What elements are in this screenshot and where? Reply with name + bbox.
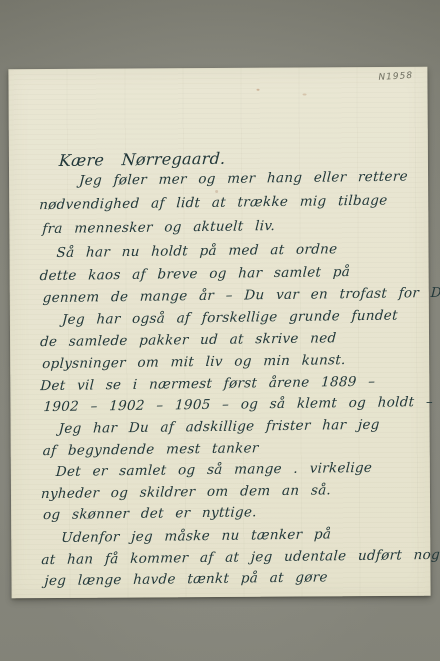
handwritten-line: oplysninger om mit liv og min kunst.: [42, 352, 346, 372]
foxing-spot: [257, 89, 260, 91]
handwritten-line: nyheder og skildrer om dem an så.: [41, 482, 332, 502]
handwritten-line: dette kaos af breve og har samlet på: [39, 264, 350, 284]
handwritten-line: at han få kommer af at jeg udentale udfø…: [41, 547, 440, 568]
handwritten-line: de samlede pakker ud at skrive ned: [40, 330, 337, 350]
handwritten-line: nødvendighed af lidt at trække mig tilba…: [39, 193, 388, 214]
handwritten-line: Jeg har også af forskellige grunde funde…: [61, 308, 398, 328]
handwritten-line: Det er samlet og så mange . virkelige: [55, 460, 372, 480]
handwritten-line: gennem de mange år – Du var en trofast f…: [42, 285, 440, 306]
handwritten-line: Jeg har Du af adskillige frister har jeg: [58, 417, 380, 437]
salutation: Kære Nørregaard.: [58, 149, 226, 170]
handwritten-line: og skønner det er nyttige.: [43, 504, 258, 523]
foxing-spot: [303, 93, 307, 95]
handwritten-line: jeg længe havde tænkt på at gøre: [44, 569, 328, 589]
handwritten-line: 1902 – 1902 – 1905 – og så klemt og hold…: [43, 394, 433, 415]
handwritten-line: af begyndende mest tanker: [42, 440, 259, 459]
photo-background: N1958 Kære Nørregaard. Jeg føler mer og …: [0, 0, 440, 661]
handwritten-line: Jeg føler mer og mer hang eller rettere: [79, 169, 409, 189]
catalog-number: N1958: [379, 71, 414, 83]
foxing-spot: [215, 190, 218, 193]
handwritten-line: Så har nu holdt på med at ordne: [56, 241, 338, 261]
handwritten-line: fra mennesker og aktuelt liv.: [42, 218, 276, 237]
handwritten-line: Det vil se i nærmest først årene 1889 –: [40, 374, 376, 394]
handwritten-line: Udenfor jeg måske nu tænker på: [61, 526, 332, 546]
letter-paper: N1958 Kære Nørregaard. Jeg føler mer og …: [8, 67, 430, 599]
